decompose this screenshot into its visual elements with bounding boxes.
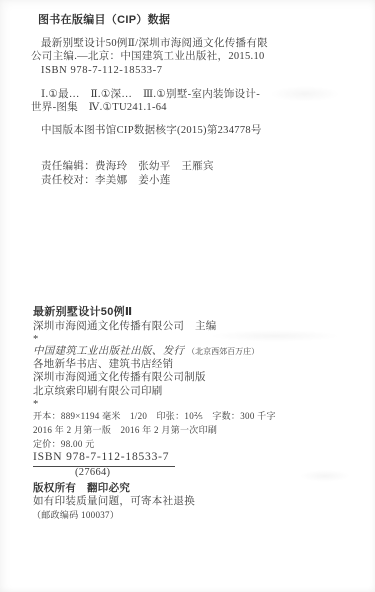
publisher-line: 中国建筑工业出版社出版、发行 （北京西郊百万庄） [33, 347, 259, 358]
cip-classification-line-2: 世界-图集 Ⅳ.①TU241.1-64 [31, 103, 167, 114]
scan-smudge [300, 470, 350, 482]
responsible-proofreaders: 责任校对：李美娜 姜小莲 [41, 176, 171, 187]
copyright-page: 图书在版编目（CIP）数据 最新别墅设计50例Ⅱ/深圳市海阅通文化传播有限 公司… [0, 0, 375, 592]
quality-notice: 如有印装质量问题，可寄本社退换 [33, 497, 195, 508]
publisher-name: 中国建筑工业出版社出版、发行 [33, 346, 184, 357]
cip-record-number: 中国版本图书馆CIP数据核字(2015)第234778号 [41, 126, 262, 137]
divider-star: * [33, 335, 39, 346]
cip-entry-line-1: 最新别墅设计50例Ⅱ/深圳市海阅通文化传播有限 [41, 39, 268, 50]
edition-line: 2016 年 2 月第一版 2016 年 2 月第一次印刷 [33, 426, 217, 435]
plate-making-line: 深圳市海阅通文化传播有限公司制版 [33, 373, 206, 384]
cip-classification-line-1: Ⅰ.①最… Ⅱ.①深… Ⅲ.①别墅-室内装饰设计- [41, 90, 260, 101]
cip-entry-line-2: 公司主编.—北京：中国建筑工业出版社，2015.10 [31, 52, 265, 63]
format-line: 开本：889×1194 毫米 1/20 印张：10⅖ 字数：300 千字 [33, 412, 276, 421]
book-number: (27664) [75, 468, 110, 479]
cip-header: 图书在版编目（CIP）数据 [38, 15, 170, 26]
printing-line: 北京缤索印刷有限公司印刷 [33, 387, 163, 398]
isbn-bottom: ISBN 978-7-112-18533-7 [33, 451, 175, 467]
chief-editor-line: 深圳市海阅通文化传播有限公司 主编 [33, 322, 217, 333]
divider-star: * [33, 400, 39, 411]
distribution-line: 各地新华书店、建筑书店经销 [33, 360, 173, 371]
cip-isbn: ISBN 978-7-112-18533-7 [41, 66, 163, 77]
scan-smudge [270, 86, 340, 102]
publisher-address: （北京西郊百万庄） [187, 347, 259, 356]
responsible-editors: 责任编辑：费海玲 张幼平 王雁宾 [41, 162, 214, 173]
postal-code-line: （邮政编码 100037） [32, 511, 119, 520]
scan-smudge [210, 330, 340, 342]
copyright-notice: 版权所有 翻印必究 [33, 483, 130, 494]
book-title: 最新别墅设计50例Ⅱ [33, 307, 132, 318]
price-line: 定价：98.00 元 [33, 440, 95, 449]
